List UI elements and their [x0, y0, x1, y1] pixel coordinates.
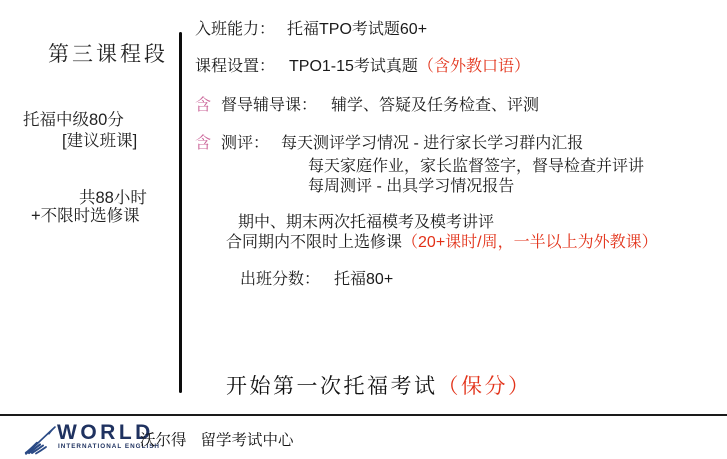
footer-brand: 沃尔得留学考试中心	[140, 428, 294, 450]
first-toefl-exam-banner: 开始第一次托福考试（保分）	[226, 370, 532, 400]
exit-label: 出班分数：	[240, 271, 320, 288]
tutoring-value: 辅学、答疑及任务检查、评测	[331, 97, 539, 114]
setup-note-red: （含外教口语）	[418, 58, 530, 75]
setup-label: 课程设置：	[195, 58, 275, 75]
entry-requirement-line: 入班能力：托福TPO考试题60+	[195, 20, 427, 39]
brand-name-cn: 沃尔得	[140, 432, 187, 449]
footer-divider	[0, 414, 727, 416]
include-marker: 含	[195, 135, 211, 152]
tutoring-line: 含督导辅导课：辅学、答疑及任务检查、评测	[195, 96, 539, 115]
assessment-line-3: 每周测评 - 出具学习情况报告	[308, 177, 514, 196]
assessment-line-1: 含测评：每天测评学习情况 - 进行家长学习群内汇报	[195, 134, 583, 153]
banner-text: 开始第一次托福考试	[226, 374, 438, 398]
division-name: 留学考试中心	[201, 432, 294, 449]
world-logo-icon	[23, 424, 57, 459]
electives-line: 合同期内不限时上选修课（20+课时/周，一半以上为外教课）	[226, 233, 658, 252]
mock-exam-line: 期中、期末两次托福模考及模考讲评	[238, 213, 494, 232]
course-setup-line: 课程设置：TPO1-15考试真题（含外教口语）	[195, 57, 530, 76]
hours-note: +不限时选修课	[31, 202, 140, 226]
assessment-line-2: 每天家庭作业，家长监督签字，督导检查并评讲	[308, 157, 644, 176]
electives-text: 合同期内不限时上选修课	[226, 234, 402, 251]
course-slide: 第三课程段 托福中级80分 [建议班课] 共88小时 +不限时选修课 入班能力：…	[0, 0, 727, 459]
banner-note-red: （保分）	[438, 374, 532, 398]
include-marker: 含	[195, 97, 211, 114]
stage-title: 第三课程段	[48, 38, 168, 68]
exit-value: 托福80+	[334, 271, 393, 288]
setup-value: TPO1-15考试真题	[289, 58, 418, 75]
electives-note-red: （20+课时/周，一半以上为外教课）	[402, 234, 658, 251]
tutoring-label: 督导辅导课：	[221, 97, 317, 114]
assessment-label: 测评：	[221, 135, 269, 152]
entry-label: 入班能力：	[195, 21, 275, 38]
entry-value: 托福TPO考试题60+	[287, 21, 427, 38]
assessment-daily-report: 每天测评学习情况 - 进行家长学习群内汇报	[281, 135, 583, 152]
vertical-divider	[179, 32, 182, 393]
exit-score-line: 出班分数：托福80+	[240, 270, 393, 289]
level-note: [建议班课]	[62, 127, 137, 151]
